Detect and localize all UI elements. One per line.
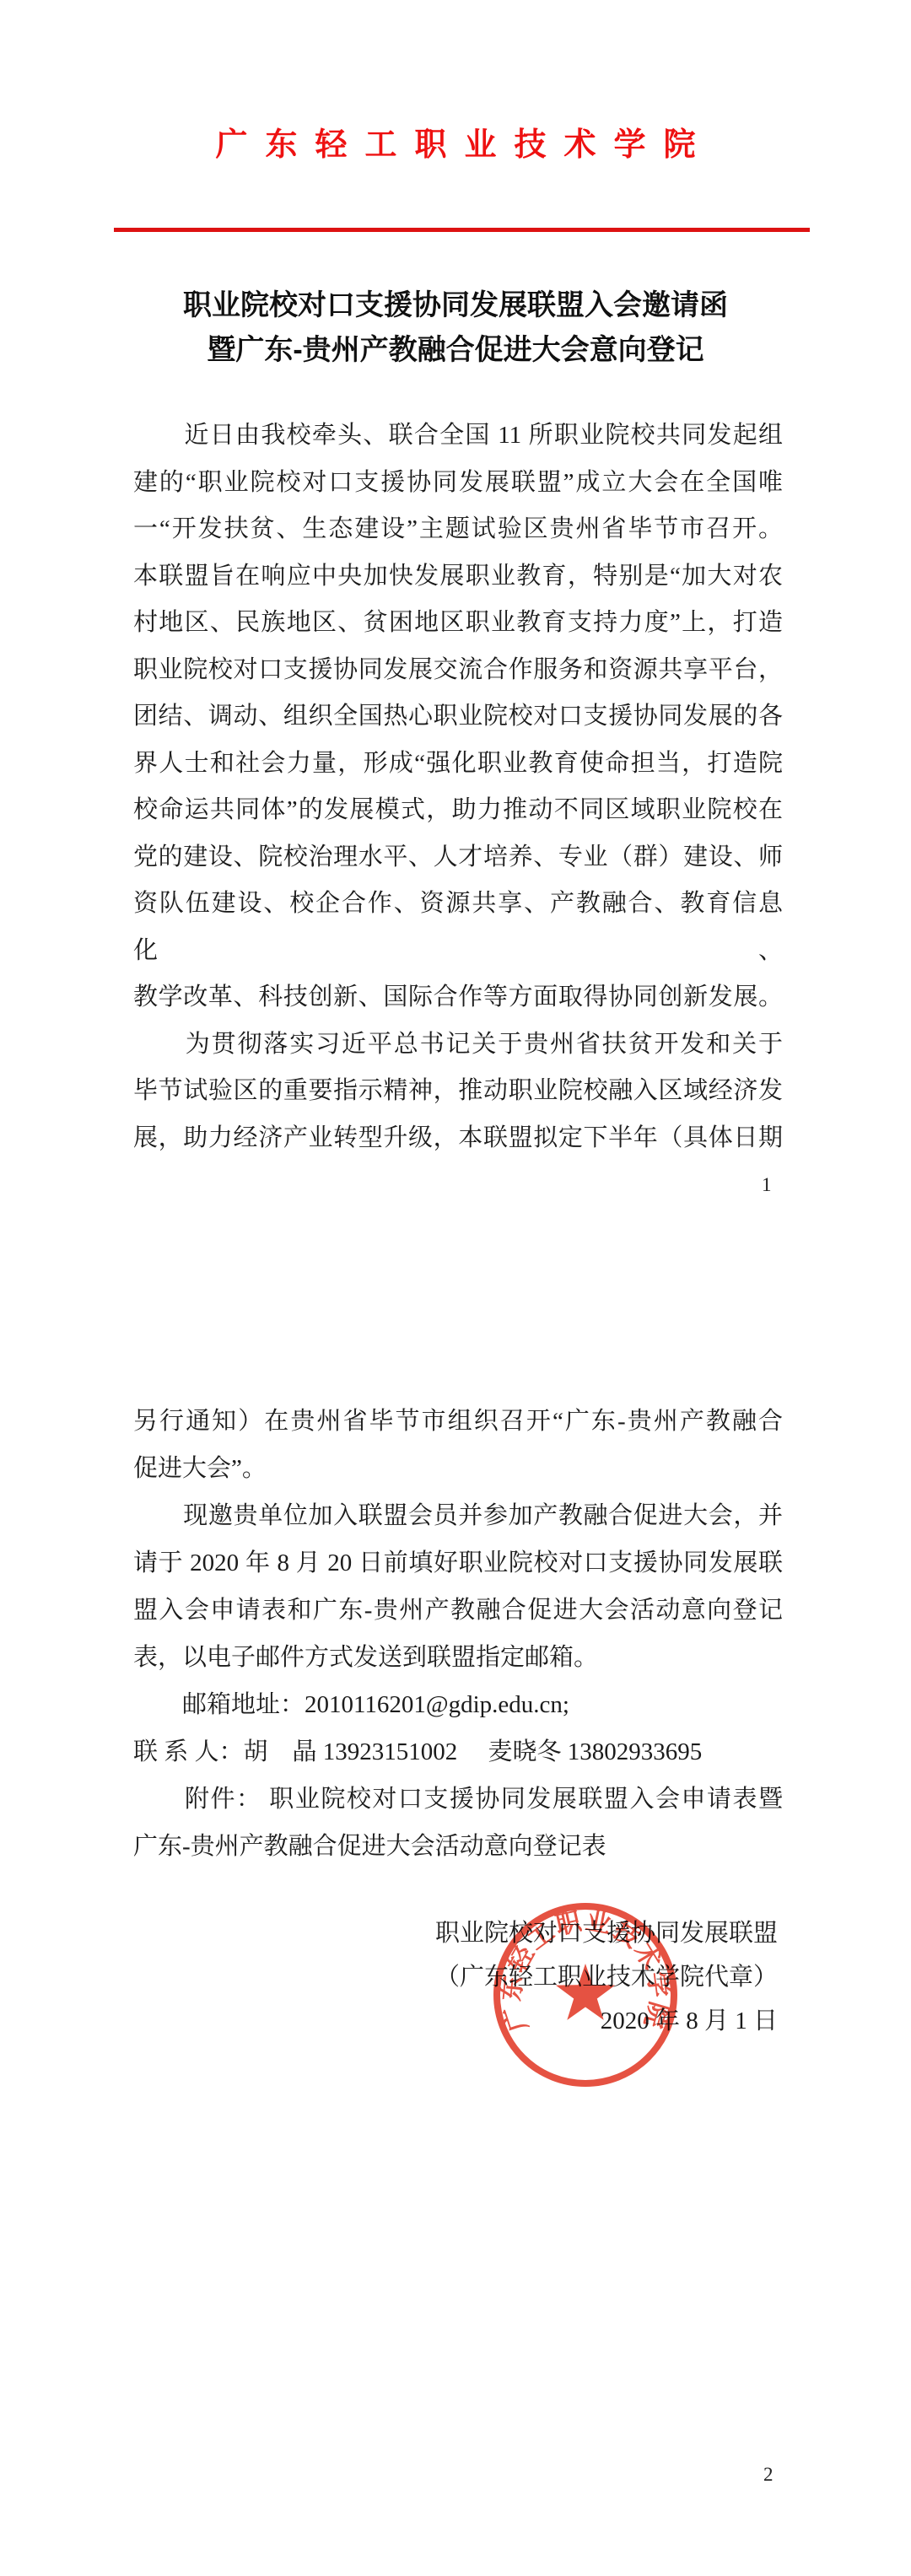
- body-line: 请于 2020 年 8 月 20 日前填好职业院校对口支援协同发展联: [133, 1539, 783, 1587]
- letterhead-rule: [114, 228, 810, 232]
- body-line: 职业院校对口支援协同发展交流合作服务和资源共享平台，: [133, 647, 783, 694]
- page2-number: 2: [763, 2464, 774, 2486]
- body-line: 联 系 人：胡 晶 13923151002 麦晓冬 13802933695: [133, 1728, 783, 1776]
- signature-organization: 职业院校对口支援协同发展联盟: [435, 1911, 778, 1955]
- signature-on-behalf: （广东轻工职业技术学院代章）: [435, 1955, 778, 1999]
- body-line: 展，助力经济产业转型升级，本联盟拟定下半年（具体日期: [133, 1115, 783, 1162]
- document-title-line2: 暨广东-贵州产教融合促进大会意向登记: [0, 328, 911, 373]
- body-line: 促进大会”。: [133, 1445, 783, 1492]
- body-line: 资队伍建设、校企合作、资源共享、产教融合、教育信息化、: [133, 881, 783, 974]
- body-line: 为贯彻落实习近平总书记关于贵州省扶贫开发和关于: [133, 1021, 783, 1069]
- body-line: 校命运共同体”的发展模式，助力推动不同区域职业院校在: [133, 787, 783, 834]
- body-line: 广东-贵州产教融合促进大会活动意向登记表: [133, 1823, 783, 1870]
- body-line: 团结、调动、组织全国热心职业院校对口支援协同发展的各: [133, 693, 783, 741]
- page1-body: 近日由我校牵头、联合全国 11 所职业院校共同发起组建的“职业院校对口支援协同发…: [133, 412, 783, 1161]
- body-line: 邮箱地址：2010116201@gdip.edu.cn;: [133, 1681, 783, 1728]
- body-line: 一“开发扶贫、生态建设”主题试验区贵州省毕节市召开。: [133, 506, 783, 553]
- signature-block: 职业院校对口支援协同发展联盟 （广东轻工职业技术学院代章） 2020 年 8 月…: [435, 1911, 778, 2043]
- body-line: 毕节试验区的重要指示精神，推动职业院校融入区域经济发: [133, 1068, 783, 1115]
- document: 广东轻工职业技术学院 职业院校对口支援协同发展联盟入会邀请函 暨广东-贵州产教融…: [0, 0, 911, 2576]
- body-line: 党的建设、院校治理水平、人才培养、专业（群）建设、师: [133, 834, 783, 881]
- body-line: 盟入会申请表和广东-贵州产教融合促进大会活动意向登记: [133, 1587, 783, 1634]
- letterhead-school-name: 广东轻工职业技术学院: [0, 125, 911, 165]
- body-line: 附件： 职业院校对口支援协同发展联盟入会申请表暨: [133, 1776, 783, 1823]
- body-line: 现邀贵单位加入联盟会员并参加产教融合促进大会，并: [133, 1492, 783, 1539]
- body-line: 界人士和社会力量，形成“强化职业教育使命担当，打造院: [133, 741, 783, 788]
- body-line: 另行通知）在贵州省毕节市组织召开“广东-贵州产教融合: [133, 1398, 783, 1445]
- document-title-line1: 职业院校对口支援协同发展联盟入会邀请函: [0, 283, 911, 328]
- page2-body: 另行通知）在贵州省毕节市组织召开“广东-贵州产教融合促进大会”。 现邀贵单位加入…: [133, 1398, 783, 1870]
- body-line: 村地区、民族地区、贫困地区职业教育支持力度”上，打造: [133, 600, 783, 647]
- signature-date: 2020 年 8 月 1 日: [435, 1999, 778, 2043]
- body-line: 近日由我校牵头、联合全国 11 所职业院校共同发起组: [133, 412, 783, 460]
- document-title: 职业院校对口支援协同发展联盟入会邀请函 暨广东-贵州产教融合促进大会意向登记: [0, 283, 911, 373]
- page1-number: 1: [762, 1174, 772, 1196]
- body-line: 表，以电子邮件方式发送到联盟指定邮箱。: [133, 1634, 783, 1681]
- body-line: 建的“职业院校对口支援协同发展联盟”成立大会在全国唯: [133, 460, 783, 507]
- body-line: 教学改革、科技创新、国际合作等方面取得协同创新发展。: [133, 974, 783, 1021]
- body-line: 本联盟旨在响应中央加快发展职业教育，特别是“加大对农: [133, 553, 783, 601]
